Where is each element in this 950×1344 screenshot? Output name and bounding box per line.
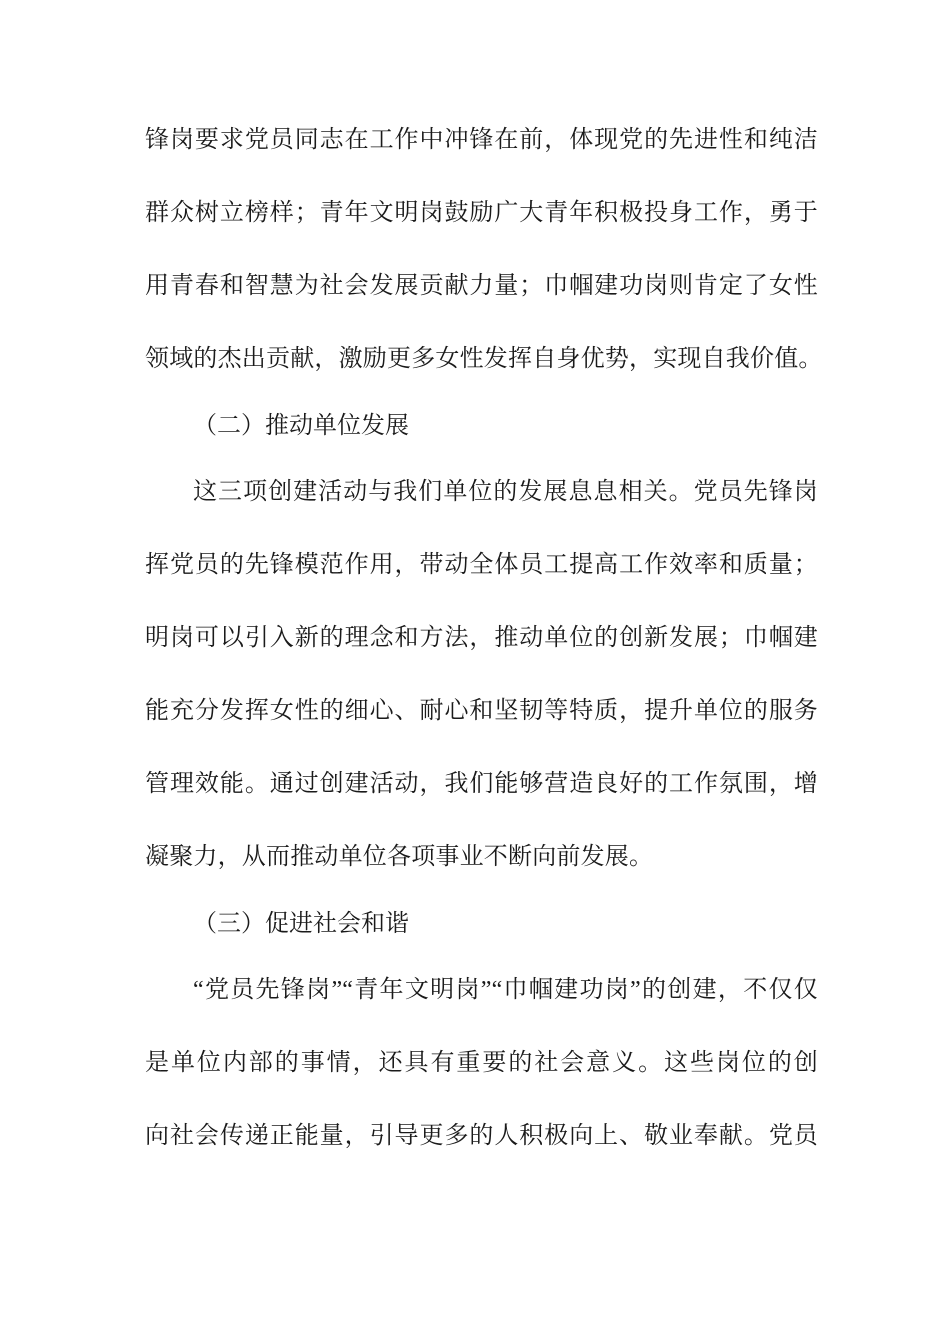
paragraph: 锋岗要求党员同志在工作中冲锋在前，体现党的先进性和纯洁性，为群众树立榜样；青年文…: [145, 104, 818, 396]
text-line: 凝聚力，从而推动单位各项事业不断向前发展。: [145, 821, 818, 894]
document-page: 锋岗要求党员同志在工作中冲锋在前，体现党的先进性和纯洁性，为群众树立榜样；青年文…: [0, 0, 950, 1344]
paragraph: 这三项创建活动与我们单位的发展息息相关。党员先锋岗能够发挥党员的先锋模范作用，带…: [145, 456, 818, 894]
text-line: “党员先锋岗”“青年文明岗”“巾帼建功岗”的创建，不仅仅: [145, 954, 818, 1027]
text-line: 领域的杰出贡献，激励更多女性发挥自身优势，实现自我价值。: [145, 323, 818, 396]
text-line: 群众树立榜样；青年文明岗鼓励广大青年积极投身工作，勇于创新，: [145, 177, 818, 250]
text-line: 向社会传递正能量，引导更多的人积极向上、敬业奉献。党员的模范: [145, 1100, 818, 1173]
text-line: 能充分发挥女性的细心、耐心和坚韧等特质，提升单位的服务水平和: [145, 675, 818, 748]
text-line: 这三项创建活动与我们单位的发展息息相关。党员先锋岗能够发: [145, 456, 818, 529]
section-heading: （二）推动单位发展: [145, 396, 818, 456]
text-line: 锋岗要求党员同志在工作中冲锋在前，体现党的先进性和纯洁性，为: [145, 104, 818, 177]
text-line: 明岗可以引入新的理念和方法，推动单位的创新发展；巾帼建功岗则: [145, 602, 818, 675]
text-line: 用青春和智慧为社会发展贡献力量；巾帼建功岗则肯定了女性在各个: [145, 250, 818, 323]
text-line: 挥党员的先锋模范作用，带动全体员工提高工作效率和质量；青年文: [145, 529, 818, 602]
paragraph: “党员先锋岗”“青年文明岗”“巾帼建功岗”的创建，不仅仅是单位内部的事情，还具有…: [145, 954, 818, 1173]
section-heading: （三）促进社会和谐: [145, 894, 818, 954]
document-content: 锋岗要求党员同志在工作中冲锋在前，体现党的先进性和纯洁性，为群众树立榜样；青年文…: [145, 104, 818, 1173]
text-line: 是单位内部的事情，还具有重要的社会意义。这些岗位的创建，能够: [145, 1027, 818, 1100]
text-line: 管理效能。通过创建活动，我们能够营造良好的工作氛围，增强团队: [145, 748, 818, 821]
